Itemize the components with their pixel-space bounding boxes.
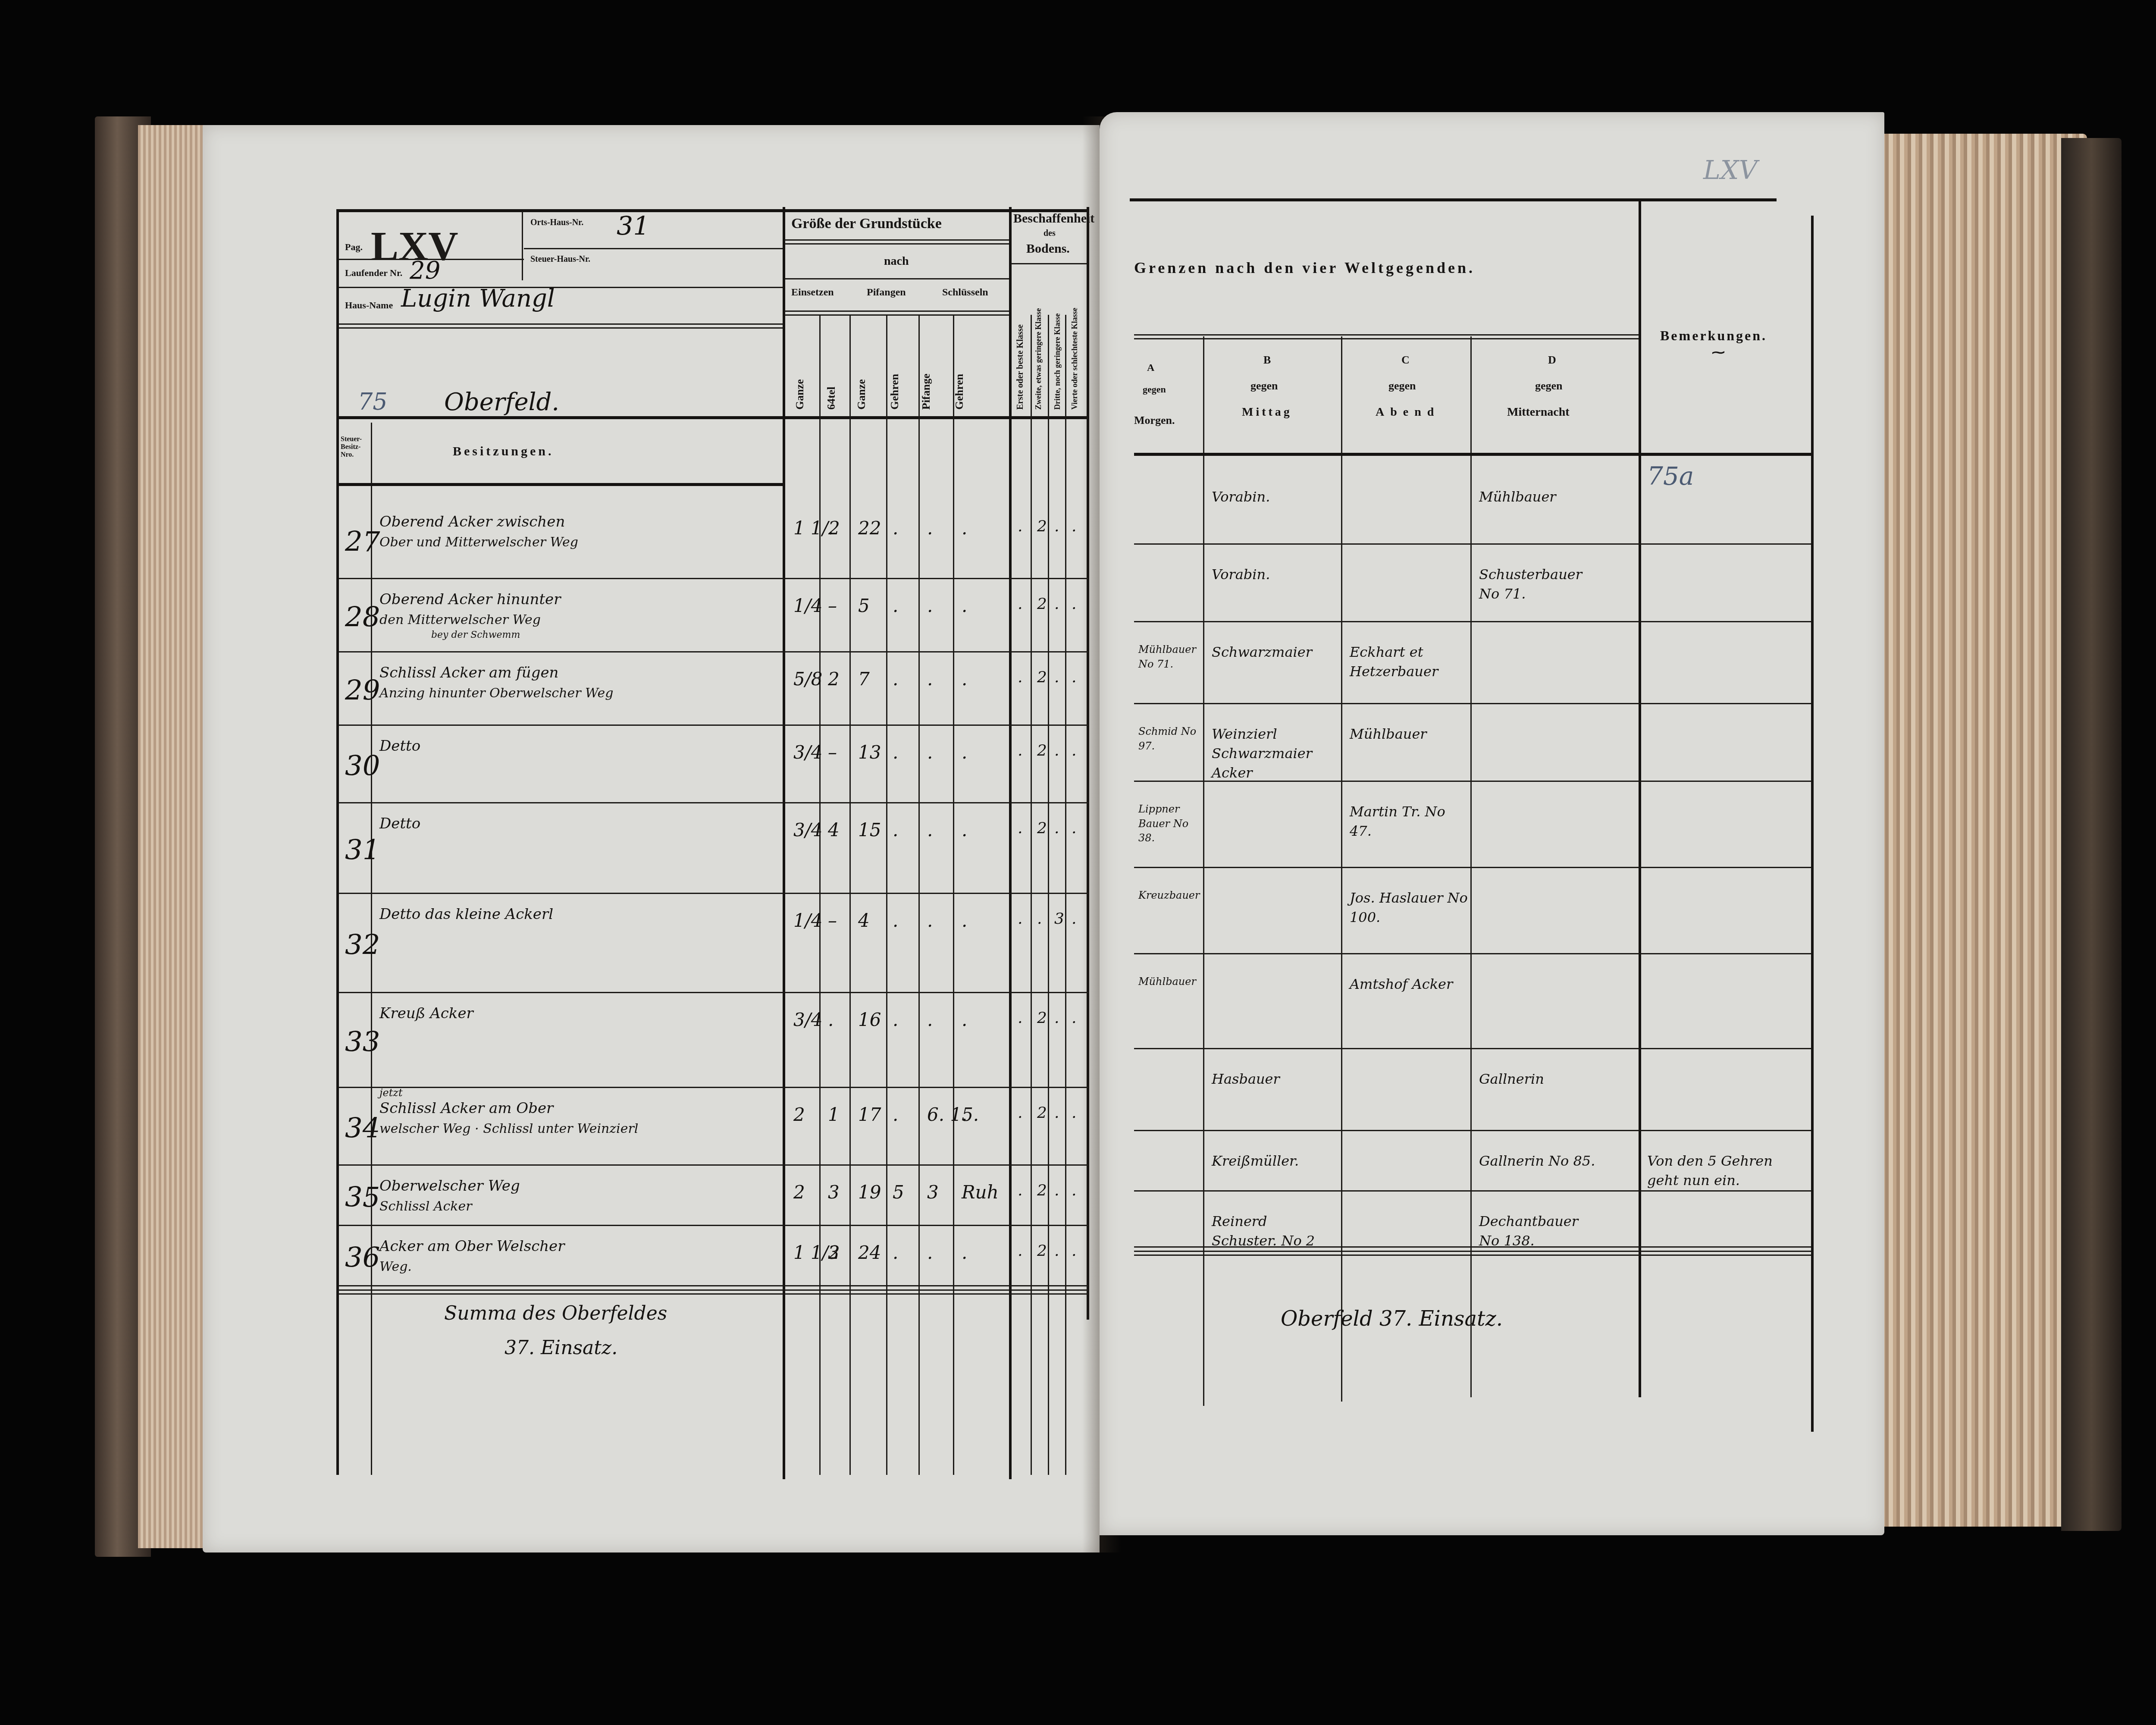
boundary-a: Kreuzbauer <box>1138 888 1203 903</box>
parcel-description: Ober und Mitterwelscher Weg <box>379 535 578 550</box>
class-4: Vierte oder schlechteste Klasse <box>1070 308 1079 410</box>
column-rule <box>1065 315 1066 1475</box>
cell-ganze: 3/4 <box>793 742 823 763</box>
column-rule <box>1031 315 1032 1475</box>
cell-sch-pifange: . <box>927 517 933 539</box>
cell-ganze: 3/4 <box>793 1009 823 1030</box>
laufender-nr-label: Laufender Nr. <box>345 267 402 279</box>
cell-t64: 4 <box>828 819 840 841</box>
boundary-d: Schusterbauer No 71. <box>1479 565 1600 604</box>
cell-k1: . <box>1018 819 1022 837</box>
parcel-number: 30 <box>345 750 380 782</box>
cell-k4: . <box>1072 595 1076 613</box>
boundary-c: Eckhart et Hetzerbauer <box>1350 643 1470 681</box>
cell-k1: . <box>1018 1104 1022 1122</box>
parcel-number: 36 <box>345 1242 380 1274</box>
groesse-title: Größe der Grundstücke <box>791 216 942 232</box>
right-summary: Oberfeld 37. Einsatz. <box>1281 1307 1503 1331</box>
boundary-c: Martin Tr. No 47. <box>1350 802 1470 841</box>
pencil-page-number: LXV <box>1703 155 1758 185</box>
grenzen-title: Grenzen nach den vier Weltgegenden. <box>1134 259 1475 277</box>
dir-d-letter: D <box>1548 354 1556 367</box>
parcel-number: 28 <box>345 602 380 634</box>
parcel-description: Anzing hinunter Oberwelscher Weg <box>379 686 613 701</box>
cell-sch-gehren: . <box>962 1104 967 1125</box>
cell-k3: 3 <box>1054 910 1064 928</box>
parcel-description: Weg. <box>379 1259 412 1274</box>
cell-k2: 2 <box>1037 1009 1047 1027</box>
right-page: LXV Grenzen nach den vier Weltgegenden. … <box>1100 112 1884 1535</box>
cell-k2: 2 <box>1037 668 1047 686</box>
cell-k1: . <box>1018 517 1022 535</box>
cell-sch-gehren: Ruh <box>962 1182 999 1203</box>
dir-b-letter: B <box>1263 354 1271 367</box>
dir-a-gegen: gegen <box>1143 384 1166 395</box>
groesse-nach: nach <box>884 254 909 268</box>
cell-sch-pifange: 6. 15. <box>927 1104 979 1125</box>
boundary-b: Vorabin. <box>1212 487 1332 507</box>
pag-label: Pag. <box>345 241 363 253</box>
parcel-number: 31 <box>345 834 380 866</box>
column-rule <box>819 315 821 1475</box>
cell-sch-pifange: . <box>927 668 933 690</box>
dir-b-name: Mittag <box>1242 405 1292 419</box>
cell-sch-pifange: . <box>927 1242 933 1263</box>
column-rule <box>849 315 851 1475</box>
beschaffenheit-bodens: Bodens. <box>1026 241 1070 256</box>
group-pifangen: Pifangen <box>867 287 906 298</box>
book-cover-right <box>2061 138 2122 1531</box>
cell-k1: . <box>1018 742 1022 759</box>
cell-sch-pifange: . <box>927 742 933 763</box>
cell-k4: . <box>1072 668 1076 686</box>
cell-k2: 2 <box>1037 819 1047 837</box>
orts-haus-value: 31 <box>617 211 649 241</box>
cell-k4: . <box>1072 1182 1076 1199</box>
parcel-description: Oberend Acker zwischen <box>379 513 565 530</box>
boundary-d: Dechantbauer No 138. <box>1479 1212 1600 1251</box>
besitzungen-header: Besitzungen. <box>453 444 554 459</box>
cell-pf-gehren: . <box>893 1242 898 1263</box>
parcel-description: welscher Weg · Schlissl unter Weinzierl <box>379 1121 638 1136</box>
cell-t64: 3 <box>828 1242 840 1263</box>
cell-pf-gehren: . <box>893 910 898 931</box>
cell-pf-gehren: . <box>893 595 898 616</box>
open-ledger-book: Pag. LXV Orts-Haus-Nr. 31 Steuer-Haus-Nr… <box>95 99 2130 1574</box>
cell-k3: . <box>1054 1242 1059 1260</box>
dir-c-gegen: gegen <box>1388 379 1416 392</box>
bemerkungen-ornament: ⁓ <box>1712 345 1725 360</box>
cell-sch-gehren: . <box>962 742 967 763</box>
cell-pf-gehren: . <box>893 742 898 763</box>
cell-k2: 2 <box>1037 742 1047 759</box>
boundary-c: Mühlbauer <box>1350 724 1470 744</box>
cell-k3: . <box>1054 1182 1059 1199</box>
cell-k1: . <box>1018 595 1022 613</box>
cell-t64: . <box>828 517 834 539</box>
cell-ganze: 2 <box>793 1104 805 1125</box>
cell-sch-gehren: . <box>962 595 967 616</box>
boundary-a: Schmid No 97. <box>1138 724 1203 753</box>
cell-k2: 2 <box>1037 1104 1047 1122</box>
cell-sch-gehren: . <box>962 1009 967 1030</box>
cell-pf-ganze: 24 <box>858 1242 881 1263</box>
cell-sch-gehren: . <box>962 1242 967 1263</box>
summary-line-1: Summa des Oberfeldes <box>444 1302 667 1324</box>
dir-d-gegen: gegen <box>1535 379 1563 392</box>
cell-pf-gehren: . <box>893 819 898 841</box>
parcel-number: 33 <box>345 1026 380 1058</box>
cell-k1: . <box>1018 668 1022 686</box>
cell-k4: . <box>1072 910 1076 928</box>
boundary-a: Mühlbauer No 71. <box>1138 643 1203 671</box>
cell-k1: . <box>1018 1009 1022 1027</box>
parcel-description: Oberwelscher Weg <box>379 1177 520 1195</box>
cell-ganze: 2 <box>793 1182 805 1203</box>
parcel-description: bey der Schwemm <box>431 630 520 640</box>
sub-ganze-1: Ganze <box>793 379 806 410</box>
cell-k3: . <box>1054 742 1059 759</box>
laufender-nr-value: 29 <box>410 257 440 285</box>
parcel-description-note: jetzt <box>379 1087 403 1099</box>
cell-pf-ganze: 19 <box>858 1182 881 1203</box>
cell-pf-ganze: 17 <box>858 1104 881 1125</box>
group-einsetzen: Einsetzen <box>791 287 834 298</box>
cell-t64: – <box>828 595 837 616</box>
pencil-note-75a: 75a <box>1647 461 1694 491</box>
boundary-b: Hasbauer <box>1212 1069 1332 1089</box>
cell-k3: . <box>1054 517 1059 535</box>
cell-sch-gehren: . <box>962 517 967 539</box>
cell-sch-gehren: . <box>962 819 967 841</box>
dir-a-letter: A <box>1147 362 1154 374</box>
cell-k3: . <box>1054 819 1059 837</box>
boundary-a: Lippner Bauer No 38. <box>1138 802 1203 846</box>
cell-k4: . <box>1072 742 1076 759</box>
cell-sch-gehren: . <box>962 910 967 931</box>
cell-pf-ganze: 15 <box>858 819 881 841</box>
cell-t64: – <box>828 742 837 763</box>
parcel-description: Kreuß Acker <box>379 1005 473 1022</box>
cell-ganze: 1/4 <box>793 595 823 616</box>
parcel-description: Schlissl Acker am Ober <box>379 1100 553 1117</box>
cell-pf-gehren: . <box>893 1104 898 1125</box>
cell-t64: 1 <box>828 1104 840 1125</box>
steuer-haus-label: Steuer-Haus-Nr. <box>530 254 590 264</box>
boundary-b: Vorabin. <box>1212 565 1332 584</box>
cell-t64: 2 <box>828 668 840 690</box>
cell-k4: . <box>1072 1242 1076 1260</box>
boundary-d: Gallnerin <box>1479 1069 1600 1089</box>
parcel-number: 34 <box>345 1113 380 1145</box>
sub-gehren-2: Gehren <box>953 374 966 410</box>
cell-k2: 2 <box>1037 517 1047 535</box>
sub-64tel: 64tel <box>825 387 838 410</box>
parcel-description: Schlissl Acker <box>379 1199 472 1214</box>
cell-t64: – <box>828 910 837 931</box>
cell-pf-ganze: 16 <box>858 1009 881 1030</box>
cell-pf-gehren: 5 <box>893 1182 904 1203</box>
column-rule <box>1048 315 1049 1475</box>
cell-pf-ganze: 7 <box>858 668 870 690</box>
boundary-b: Kreißmüller. <box>1212 1151 1332 1171</box>
boundary-a: Mühlbauer <box>1138 975 1203 989</box>
cell-t64: . <box>828 1009 834 1030</box>
boundary-d: Gallnerin No 85. <box>1479 1151 1600 1171</box>
parcel-description: Detto <box>379 815 420 832</box>
cell-k2: 2 <box>1037 595 1047 613</box>
column-rule <box>918 315 920 1475</box>
cell-ganze: 1/4 <box>793 910 823 931</box>
parcel-description: den Mitterwelscher Weg <box>379 612 541 627</box>
cell-t64: 3 <box>828 1182 840 1203</box>
cell-ganze: 5/8 <box>793 668 823 690</box>
cell-k2: . <box>1037 910 1042 928</box>
sub-gehren-1: Gehren <box>888 374 901 410</box>
dir-c-letter: C <box>1401 354 1410 367</box>
cell-pf-gehren: . <box>893 1009 898 1030</box>
cell-sch-gehren: . <box>962 668 967 690</box>
cell-k3: . <box>1054 595 1059 613</box>
parcel-number: 27 <box>345 526 380 558</box>
boundary-b: Schwarzmaier <box>1212 643 1332 662</box>
district-heading: Oberfeld. <box>444 388 559 416</box>
cell-k3: . <box>1054 1104 1059 1122</box>
parcel-number: 35 <box>345 1182 380 1214</box>
steuer-besitz-nr-header: Steuer-Besitz-Nro. <box>341 436 367 459</box>
parcel-description: Oberend Acker hinunter <box>379 591 561 608</box>
parcel-description: Detto das kleine Ackerl <box>379 906 553 923</box>
cell-k4: . <box>1072 1104 1076 1122</box>
cell-k2: 2 <box>1037 1182 1047 1199</box>
dir-c-name: Abend <box>1376 405 1440 419</box>
left-page: Pag. LXV Orts-Haus-Nr. 31 Steuer-Haus-Nr… <box>203 125 1100 1552</box>
cell-sch-pifange: . <box>927 819 933 841</box>
sub-ganze-2: Ganze <box>855 379 868 410</box>
cell-pf-gehren: . <box>893 668 898 690</box>
group-schluesseln: Schlüsseln <box>942 287 988 298</box>
parcel-number: 32 <box>345 929 380 961</box>
cell-k1: . <box>1018 1182 1022 1199</box>
dir-b-gegen: gegen <box>1250 379 1278 392</box>
cell-sch-pifange: 3 <box>927 1182 939 1203</box>
page-edges-right <box>1863 134 2087 1527</box>
boundary-b: Reinerd Schuster. No 2 <box>1212 1212 1332 1251</box>
cell-pf-ganze: 13 <box>858 742 881 763</box>
pencil-number: 75 <box>358 388 388 415</box>
dir-d-name: Mitternacht <box>1507 405 1570 419</box>
sub-pifange: Pifange <box>920 373 933 410</box>
class-1: Erste oder beste Klasse <box>1015 324 1025 410</box>
haus-name-value: Lugin Wangl <box>401 285 555 313</box>
cell-pf-ganze: 5 <box>858 595 870 616</box>
cell-sch-pifange: . <box>927 910 933 931</box>
cell-sch-pifange: . <box>927 1009 933 1030</box>
bemerkungen-title: Bemerkungen. <box>1660 328 1767 344</box>
cell-k1: . <box>1018 910 1022 928</box>
cell-k1: . <box>1018 1242 1022 1260</box>
cell-k3: . <box>1054 668 1059 686</box>
cell-k4: . <box>1072 819 1076 837</box>
parcel-description: Detto <box>379 737 420 755</box>
parcel-description: Schlissl Acker am fügen <box>379 664 559 681</box>
parcel-number: 29 <box>345 675 380 707</box>
boundary-b: Weinzierl Schwarzmaier Acker <box>1212 724 1332 782</box>
cell-k4: . <box>1072 1009 1076 1027</box>
orts-haus-label: Orts-Haus-Nr. <box>530 218 583 228</box>
summary-line-2: 37. Einsatz. <box>505 1337 617 1359</box>
cell-ganze: 3/4 <box>793 819 823 841</box>
boundary-remark: Von den 5 Gehren geht nun ein. <box>1647 1151 1802 1190</box>
parcel-description: Acker am Ober Welscher <box>379 1238 564 1255</box>
beschaffenheit-des: des <box>1044 229 1056 238</box>
boundary-d: Mühlbauer <box>1479 487 1600 507</box>
column-rule <box>953 315 954 1475</box>
class-2: Zweite, etwas geringere Klasse <box>1034 308 1043 410</box>
cell-k4: . <box>1072 517 1076 535</box>
class-3: Dritte, noch geringere Klasse <box>1053 313 1062 410</box>
boundary-c: Jos. Haslauer No 100. <box>1350 888 1470 927</box>
dir-a-name: Morgen. <box>1134 414 1175 427</box>
cell-pf-ganze: 4 <box>858 910 870 931</box>
cell-k3: . <box>1054 1009 1059 1027</box>
cell-k2: 2 <box>1037 1242 1047 1260</box>
cell-pf-gehren: . <box>893 517 898 539</box>
cell-sch-pifange: . <box>927 595 933 616</box>
column-rule <box>886 315 887 1475</box>
boundary-c: Amtshof Acker <box>1350 975 1470 994</box>
haus-name-label: Haus-Name <box>345 300 393 311</box>
cell-pf-ganze: 22 <box>858 517 881 539</box>
